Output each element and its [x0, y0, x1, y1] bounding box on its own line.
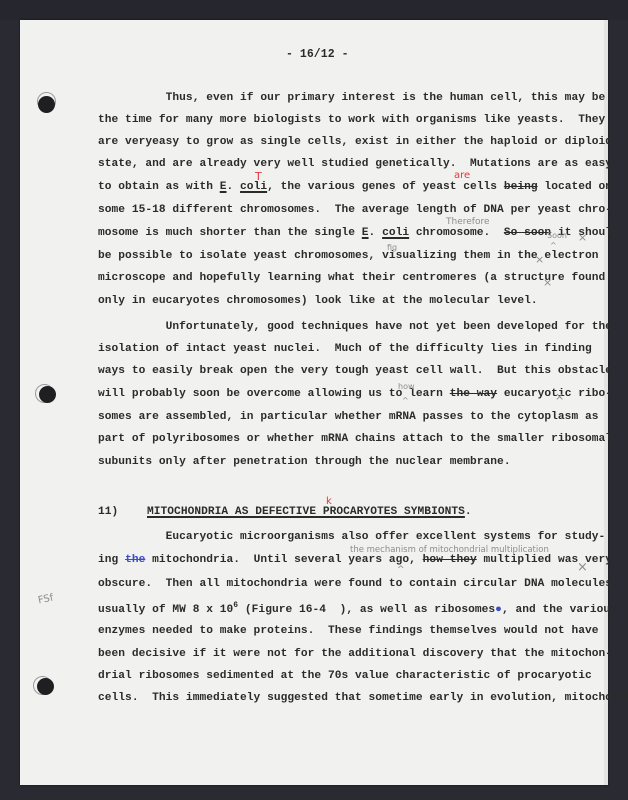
line-text: , the various genes of yeast cells	[267, 181, 504, 193]
e-coli-genus: E	[362, 227, 369, 239]
paragraph-3-line-1: Eucaryotic microorganisms also offer exc…	[98, 531, 605, 543]
annotation-soon: Soon	[547, 231, 567, 240]
blue-mark-icon: ●	[495, 604, 502, 616]
line-text: .	[369, 227, 383, 239]
struck-being: being	[504, 181, 538, 193]
line-text: usually of MW 8 x 10	[98, 604, 233, 616]
paragraph-2-line-5: somes are assembled, in particular wheth…	[98, 411, 599, 423]
e-coli-species: coli	[240, 181, 267, 193]
paragraph-1-line-3: are veryeasy to grow as single cells, ex…	[98, 136, 612, 148]
paragraph-3-line-8: cells. This immediately suggested that s…	[98, 692, 628, 704]
annotation-red-are: are	[454, 170, 470, 181]
paragraph-3-line-3: obscure. Then all mitochondria were foun…	[98, 578, 619, 590]
margin-x-icon: ×	[535, 253, 544, 266]
e-coli-species: coli	[382, 227, 409, 239]
section-number: 11)	[98, 506, 118, 518]
annotation-red-k: k	[326, 496, 332, 507]
annotation-therefore: Therefore	[446, 217, 490, 227]
line-text: mitochondria. Until several years ago,	[145, 554, 422, 566]
punch-hole-middle	[39, 386, 56, 403]
line-text: to obtain as with	[98, 181, 220, 193]
section-title: MITOCHONDRIA AS DEFECTIVE PROCARYOTES SY…	[147, 506, 472, 518]
e-coli-genus: E	[220, 181, 227, 193]
caret-icon: ^	[402, 396, 409, 405]
paragraph-1-line-1: Thus, even if our primary interest is th…	[98, 92, 605, 104]
paragraph-2-line-4: will probably soon be overcome allowing …	[98, 388, 612, 400]
paragraph-1-line-8: be possible to isolate yeast chromosomes…	[98, 250, 599, 262]
paragraph-3-line-5: enzymes needed to make proteins. These f…	[98, 625, 599, 637]
struck-how-they: how they	[423, 554, 477, 566]
punch-hole-bottom	[37, 678, 54, 695]
page-number: - 16/12 -	[286, 48, 349, 61]
caret-icon: ^	[550, 241, 557, 250]
section-title-text: MITOCHONDRIA AS DEFECTIVE PROCARYOTES SY…	[147, 506, 465, 518]
margin-x-icon: ×	[543, 276, 552, 289]
line-text: .	[227, 181, 241, 193]
section-title-period: .	[465, 506, 472, 518]
line-text: located on	[538, 181, 612, 193]
line-text: , and the various	[502, 604, 617, 616]
page-edge	[604, 20, 608, 785]
punch-hole-top	[38, 96, 55, 113]
paragraph-2-line-2: isolation of intact yeast nuclei. Much o…	[98, 343, 592, 355]
line-text: ing	[98, 554, 125, 566]
line-text: will probably soon be overcome allowing …	[98, 388, 450, 400]
struck-the: the	[125, 554, 145, 566]
paragraph-3-line-7: drial ribosomes sedimented at the 70s va…	[98, 670, 592, 682]
paragraph-3-line-2: ing the mitochondria. Until several year…	[98, 554, 612, 566]
struck-the-way: the way	[450, 388, 497, 400]
paragraph-1-line-9: microscope and hopefully learning what t…	[98, 272, 605, 284]
paragraph-3-line-6: been decisive if it were not for the add…	[98, 648, 612, 660]
paragraph-1-line-2: the time for many more biologists to wor…	[98, 114, 605, 126]
caret-icon: ^	[397, 565, 405, 575]
line-text: mosome is much shorter than the single	[98, 227, 362, 239]
paragraph-2-line-3: ways to easily break open the very tough…	[98, 365, 612, 377]
paragraph-2-line-7: subunits only after penetration through …	[98, 456, 511, 468]
margin-x-icon: ×	[577, 560, 588, 575]
paragraph-1-line-4: state, and are already very well studied…	[98, 158, 612, 170]
annotation-mechanism: the mechanism of mitochondrial multiplic…	[350, 545, 549, 555]
annotation-how: how	[398, 382, 415, 391]
line-text: (Figure 16-4 ), as well as ribosomes	[238, 604, 495, 616]
paragraph-1-line-7: mosome is much shorter than the single E…	[98, 227, 619, 239]
paragraph-1-line-6: some 15-18 different chromosomes. The av…	[98, 204, 612, 216]
margin-x-icon: ×	[555, 390, 564, 403]
struck-so-soon: So soon	[504, 227, 551, 239]
paragraph-2-line-6: part of polyribosomes or whether mRNA ch…	[98, 433, 612, 445]
annotation-fig: fig	[387, 243, 397, 252]
margin-x-icon: ×	[578, 231, 587, 244]
line-text: chromosome.	[409, 227, 504, 239]
paragraph-3-line-4: usually of MW 8 x 106 (Figure 16-4 ), as…	[98, 601, 617, 616]
scan-backdrop	[0, 0, 628, 20]
annotation-red-T: T	[255, 170, 262, 183]
paragraph-1-line-5: to obtain as with E. coli, the various g…	[98, 181, 612, 193]
paragraph-1-line-10: only in eucaryotes chromosomes) look lik…	[98, 295, 538, 307]
paragraph-2-line-1: Unfortunately, good techniques have not …	[98, 321, 612, 333]
line-text: multiplied was very	[477, 554, 612, 566]
